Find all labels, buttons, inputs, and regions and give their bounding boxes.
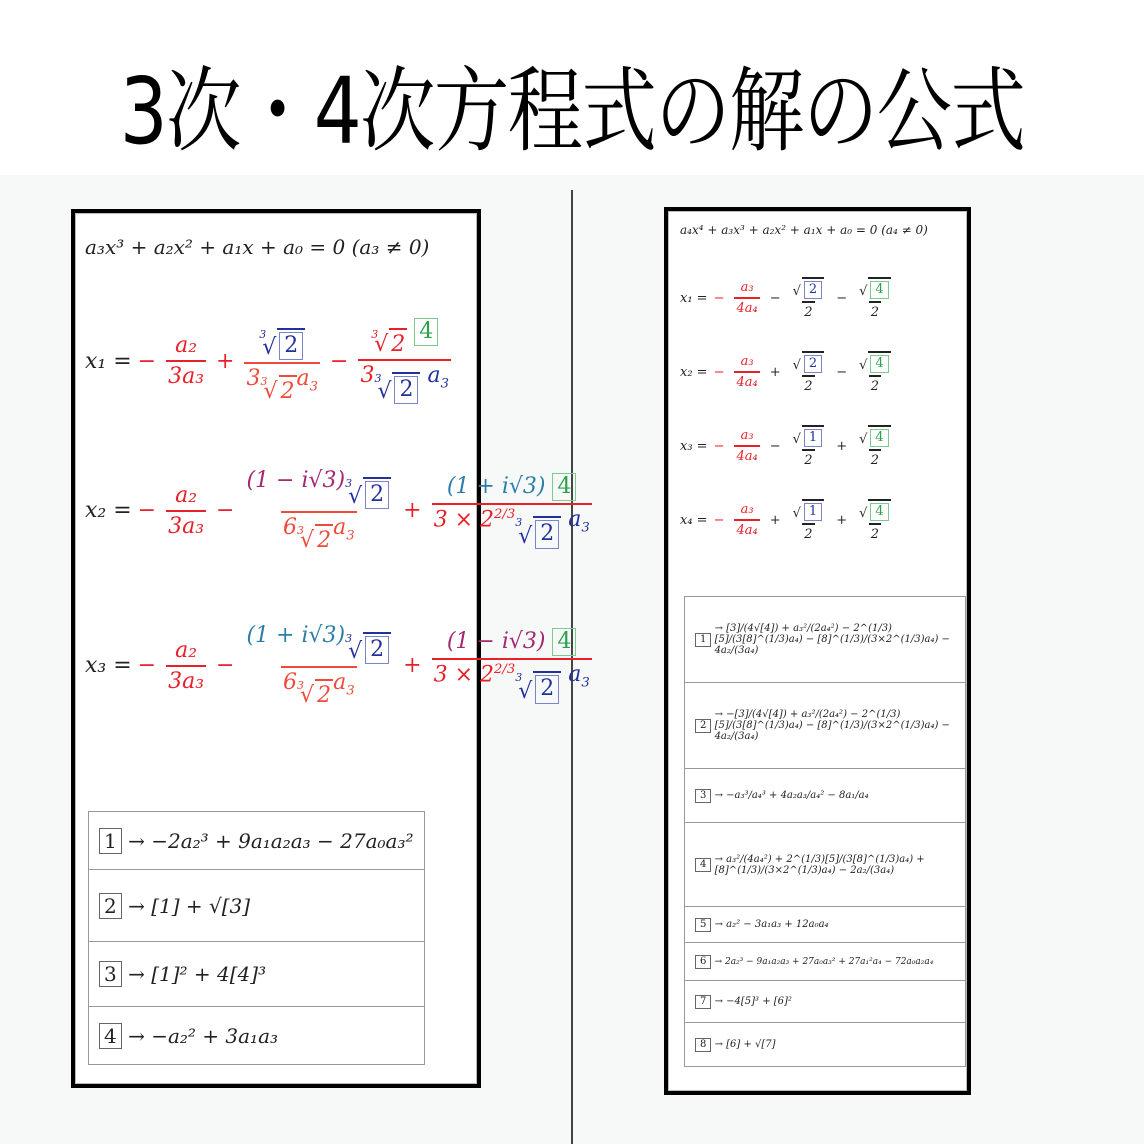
- fraction: 3√2 4 33√2 a3: [358, 318, 451, 404]
- definition-key: 5: [695, 918, 711, 932]
- definition-key: 1: [99, 828, 122, 854]
- table-row: 1 → [3]/(4√[4]) + a₃²/(2a₄²) − 2^(1/3)[5…: [685, 597, 966, 683]
- table-row: 7 → −4[5]³ + [6]²: [685, 981, 966, 1023]
- definition-expr: → [6] + √[7]: [715, 1039, 776, 1050]
- quartic-root-x2: x₂ = − a₃4a₄ + √22 − √42: [680, 351, 897, 394]
- definition-key: 3: [695, 789, 711, 803]
- quartic-definitions-table: 1 → [3]/(4√[4]) + a₃²/(2a₄²) − 2^(1/3)[5…: [684, 596, 966, 1067]
- table-row: 2 → −[3]/(4√[4]) + a₃²/(2a₄²) − 2^(1/3)[…: [685, 683, 966, 769]
- definition-key: 4: [99, 1023, 122, 1049]
- table-row: 6 → 2a₂³ − 9a₁a₂a₃ + 27a₀a₃² + 27a₁²a₄ −…: [685, 943, 966, 981]
- root-lhs: x₃ =: [85, 653, 132, 678]
- definition-expr: → a₃²/(4a₄²) + 2^(1/3)[5]/(3[8]^(1/3)a₄)…: [715, 854, 955, 876]
- quartic-root-x4: x₄ = − a₃4a₄ + √12 + √42: [680, 499, 897, 542]
- definition-expr: → −a₃³/a₄³ + 4a₂a₃/a₄² − 8a₁/a₄: [715, 790, 869, 801]
- fraction: (1 + i√3) 4 3 × 22/33√2 a3: [432, 473, 592, 549]
- minus-sign: −: [138, 349, 156, 374]
- quartic-root-x1: x₁ = − a₃4a₄ − √22 − √42: [680, 277, 897, 320]
- fraction: 3√2 33√2a3: [244, 319, 320, 404]
- table-row: 4 → −a₂² + 3a₁a₃: [89, 1007, 425, 1065]
- definition-expr: → a₂² − 3a₁a₃ + 12a₀a₄: [715, 919, 829, 930]
- cubic-root-x2: x₂ = − a₂ 3a₃ − (1 − i√3)3√2 63√2a3 + (1…: [85, 468, 596, 553]
- plus-sign: +: [216, 349, 234, 374]
- fraction: (1 − i√3)3√2 63√2a3: [244, 468, 393, 553]
- table-row: 3 → −a₃³/a₄³ + 4a₂a₃/a₄² − 8a₁/a₄: [685, 769, 966, 823]
- fraction: a₂ 3a₃: [166, 483, 206, 539]
- definition-expr: → −a₂² + 3a₁a₃: [128, 1024, 278, 1048]
- cubic-definitions-table: 1 → −2a₂³ + 9a₁a₂a₃ − 27a₀a₃² 2 → [1] + …: [88, 811, 425, 1065]
- box-2: 2: [279, 332, 303, 360]
- fraction: (1 + i√3)3√2 63√2a3: [244, 623, 393, 708]
- quartic-equation: a₄x⁴ + a₃x³ + a₂x² + a₁x + a₀ = 0 (a₄ ≠ …: [680, 223, 928, 237]
- table-row: 8 → [6] + √[7]: [685, 1023, 966, 1067]
- definition-expr: → −4[5]³ + [6]²: [715, 996, 792, 1007]
- definition-key: 1: [695, 633, 711, 647]
- cubic-equation: a₃x³ + a₂x² + a₁x + a₀ = 0 (a₃ ≠ 0): [85, 235, 429, 259]
- definition-expr: → 2a₂³ − 9a₁a₂a₃ + 27a₀a₃² + 27a₁²a₄ − 7…: [715, 957, 934, 967]
- definition-expr: → −[3]/(4√[4]) + a₃²/(2a₄²) − 2^(1/3)[5]…: [715, 709, 955, 742]
- root-lhs: x₂ =: [85, 498, 132, 523]
- fraction: a₂ 3a₃: [166, 638, 206, 694]
- definition-key: 2: [695, 719, 711, 733]
- box-4: 4: [414, 318, 438, 346]
- definition-key: 4: [695, 858, 711, 872]
- table-row: 4 → a₃²/(4a₄²) + 2^(1/3)[5]/(3[8]^(1/3)a…: [685, 823, 966, 907]
- definition-expr: → −2a₂³ + 9a₁a₂a₃ − 27a₀a₃²: [128, 829, 413, 853]
- cubic-root-x3: x₃ = − a₂ 3a₃ − (1 + i√3)3√2 63√2a3 + (1…: [85, 623, 596, 708]
- definition-key: 8: [695, 1038, 711, 1052]
- definition-key: 7: [695, 995, 711, 1009]
- cube-root: 3√2: [259, 328, 305, 360]
- definition-expr: → [1]² + 4[4]³: [128, 962, 266, 986]
- cubic-formula-panel: a₃x³ + a₂x² + a₁x + a₀ = 0 (a₃ ≠ 0) x₁ =…: [71, 209, 481, 1088]
- fraction: a₂ 3a₃: [166, 333, 206, 389]
- table-row: 3 → [1]² + 4[4]³: [89, 942, 425, 1007]
- table-row: 2 → [1] + √[3]: [89, 870, 425, 942]
- cubic-root-x1: x₁ = − a₂ 3a₃ + 3√2 33√2a3 − 3√2 4 33√2 …: [85, 318, 455, 404]
- page-title: 3次・4次方程式の解の公式: [103, 52, 1041, 172]
- minus-sign: −: [330, 349, 348, 374]
- definition-key: 2: [99, 893, 122, 919]
- root-lhs: x₁ =: [85, 349, 132, 374]
- quartic-formula-panel: a₄x⁴ + a₃x³ + a₂x² + a₁x + a₀ = 0 (a₄ ≠ …: [664, 207, 971, 1095]
- fraction: (1 − i√3) 4 3 × 22/33√2 a3: [432, 628, 592, 704]
- definition-expr: → [3]/(4√[4]) + a₃²/(2a₄²) − 2^(1/3)[5]/…: [715, 623, 955, 656]
- definition-key: 3: [99, 961, 122, 987]
- definition-expr: → [1] + √[3]: [128, 894, 250, 918]
- definition-key: 6: [695, 955, 711, 969]
- quartic-root-x3: x₃ = − a₃4a₄ − √12 + √42: [680, 425, 897, 468]
- table-row: 5 → a₂² − 3a₁a₃ + 12a₀a₄: [685, 907, 966, 943]
- table-row: 1 → −2a₂³ + 9a₁a₂a₃ − 27a₀a₃²: [89, 812, 425, 870]
